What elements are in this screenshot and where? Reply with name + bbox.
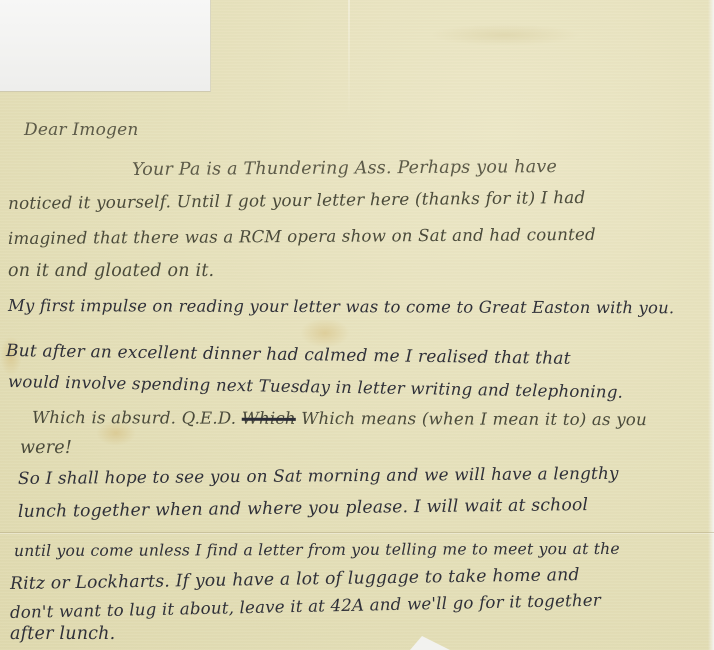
letter-line: Your Pa is a Thundering Ass. Perhaps you… <box>132 157 557 180</box>
letter-line: after lunch. <box>10 624 115 644</box>
letter-line: were! <box>20 438 72 458</box>
faded-stamp-mark <box>430 24 580 46</box>
letter-line: Ritz or Lockharts. If you have a lot of … <box>10 565 580 594</box>
letter-line: My first impulse on reading your letter … <box>8 296 674 317</box>
letter-text: Which means (when I mean it to) as you <box>301 409 647 429</box>
letter-line: until you come unless I find a letter fr… <box>14 540 620 560</box>
letter-line: imagined that there was a RCM opera show… <box>8 225 596 248</box>
letter-line-with-strikeout: Which is absurd. Q.E.D. Which Which mean… <box>32 408 647 429</box>
paper-right-edge <box>708 0 714 650</box>
letter-text: Which is absurd. Q.E.D. <box>32 408 236 428</box>
letter-line: So I shall hope to see you on Sat mornin… <box>18 463 619 488</box>
letter-line: would involve spending next Tuesday in l… <box>8 372 623 402</box>
horizontal-fold-crease <box>0 532 714 533</box>
letter-line: But after an excellent dinner had calmed… <box>6 341 571 369</box>
struck-out-word: Which <box>242 409 296 428</box>
missing-paper-corner <box>0 0 211 92</box>
vertical-fold-crease <box>348 0 350 120</box>
letter-line: on it and gloated on it. <box>8 261 214 281</box>
letter-line: noticed it yourself. Until I got your le… <box>8 187 586 213</box>
letter-line: lunch together when and where you please… <box>18 495 588 522</box>
letter-line: don't want to lug it about, leave it at … <box>10 591 601 622</box>
paper-stain <box>300 318 350 348</box>
salutation: Dear Imogen <box>24 120 139 140</box>
bottom-edge-tear <box>410 636 450 650</box>
letter-page: Dear Imogen Your Pa is a Thundering Ass.… <box>0 0 714 650</box>
